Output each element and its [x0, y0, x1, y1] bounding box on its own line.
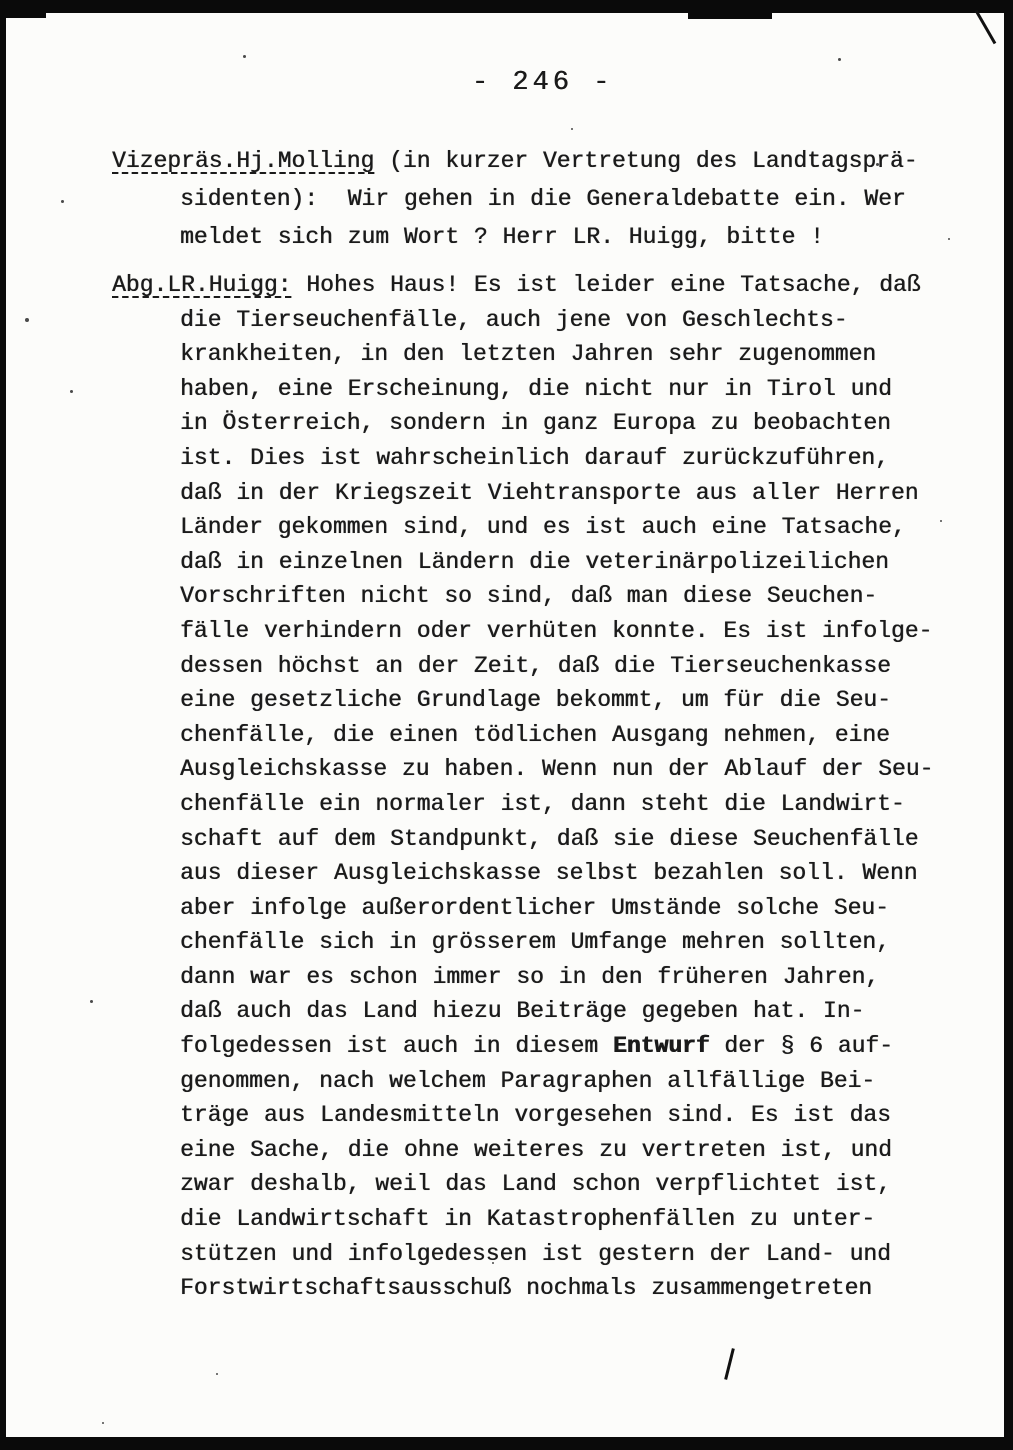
- scan-speck: [216, 1373, 218, 1375]
- scan-mark-diagonal: [975, 10, 997, 44]
- document-body: Vizepräs.Hj.Molling (in kurzer Vertretun…: [112, 142, 976, 1306]
- scan-edge-bottom: [0, 1437, 1013, 1450]
- scan-edge-top: [0, 0, 1013, 13]
- scan-speck: [571, 128, 573, 130]
- scan-speck: [102, 1422, 104, 1424]
- emphasized-word: Entwurf: [613, 1033, 710, 1059]
- speech-text: der § 6 auf- genommen, nach welchem Para…: [180, 1033, 893, 1301]
- speech-paragraph-huigg: Abg.LR.Huigg: Hohes Haus! Es ist leider …: [112, 268, 976, 1306]
- scan-speck: [948, 238, 950, 240]
- scan-speck: [90, 1000, 93, 1003]
- speech-paragraph-molling: Vizepräs.Hj.Molling (in kurzer Vertretun…: [112, 142, 976, 256]
- scan-edge-right: [1004, 0, 1013, 1443]
- scan-speck: [838, 58, 841, 61]
- scan-speck: [492, 1262, 494, 1264]
- speech-text: Hohes Haus! Es ist leider eine Tatsache,…: [180, 272, 933, 1059]
- speaker-name-huigg: Abg.LR.Huigg:: [112, 272, 291, 298]
- scan-speck: [70, 390, 73, 393]
- scan-speck: [876, 163, 879, 166]
- scan-edge-artifact: [688, 13, 772, 19]
- scan-speck: [25, 318, 29, 322]
- scan-speck: [940, 520, 942, 522]
- scanned-document-page: - 246 - Vizepräs.Hj.Molling (in kurzer V…: [0, 0, 1013, 1450]
- page-number: - 246 -: [36, 68, 1013, 98]
- speaker-name-molling: Vizepräs.Hj.Molling: [112, 148, 374, 174]
- scan-speck: [61, 200, 64, 203]
- scan-edge-left: [0, 0, 6, 1450]
- scan-mark-diagonal: [724, 1348, 735, 1380]
- scan-edge-artifact: [0, 13, 46, 18]
- scan-speck: [243, 55, 246, 58]
